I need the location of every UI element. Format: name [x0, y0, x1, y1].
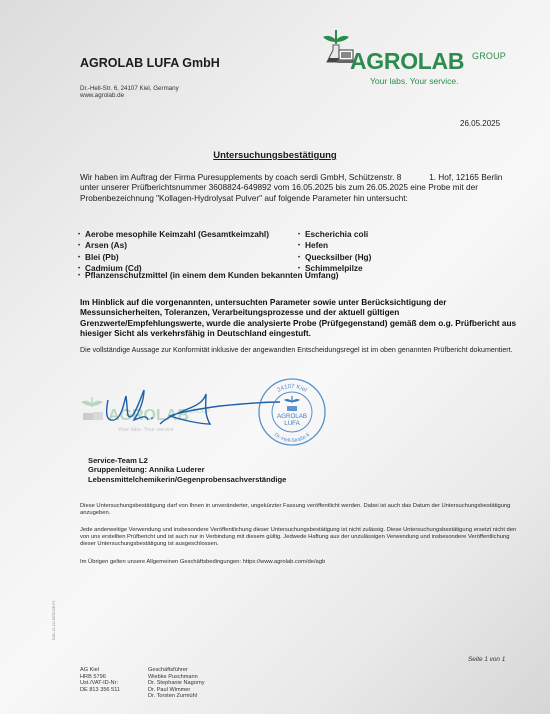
address-line: Dr.-Hell-Str. 6, 24107 Kiel, Germany: [80, 85, 179, 92]
official-stamp: 24107 Kiel Dr.-Hell-Straße 6 AGROLAB LUF…: [256, 376, 328, 448]
document-page: AGROLAB LUFA GmbH Dr.-Hell-Str. 6, 24107…: [0, 0, 550, 714]
footer-management: Geschäftsführer Wiebke Puschmann Dr. Ste…: [148, 667, 205, 700]
parameter-item: Pflanzenschutzmittel (in einem dem Kunde…: [78, 270, 528, 281]
parameter-item: Blei (Pb): [78, 252, 303, 263]
signer-lead: Gruppenleitung: Annika Luderer: [88, 465, 286, 474]
parameter-column-left: Aerobe mesophile Keimzahl (Gesamtkeimzah…: [78, 229, 303, 274]
signature-area: AGROLAB GROUP Your labs. Your service: [80, 380, 380, 450]
parameter-item: Aerobe mesophile Keimzahl (Gesamtkeimzah…: [78, 229, 303, 240]
terms-notice: Im Übrigen gelten unsere Allgemeinen Ges…: [80, 559, 525, 566]
signer-block: Service-Team L2 Gruppenleitung: Annika L…: [88, 456, 286, 484]
website-link[interactable]: www.agrolab.de: [80, 92, 179, 99]
logo-slogan: Your labs. Your service.: [370, 76, 459, 86]
footer-registry: AG Kiel HRB 5796 Ust./VAT-ID-Nr: DE 813 …: [80, 667, 120, 693]
footer-line: Dr. Torsten Zurmühl: [148, 693, 205, 700]
publication-notice: Diese Untersuchungsbestätigung darf von …: [80, 503, 525, 517]
footer-line: Dr. Stephanie Nagorny: [148, 680, 205, 687]
footer-line: Ust./VAT-ID-Nr:: [80, 680, 120, 687]
parameter-column-right: Escherichia coli Hefen Quecksilber (Hg) …: [298, 229, 498, 274]
parameter-item: Hefen: [298, 240, 498, 251]
logo-brand: AGROLAB: [350, 48, 464, 75]
intro-paragraph: Wir haben im Auftrag der Firma Puresuppl…: [80, 172, 520, 203]
usage-restriction-notice: Jede anderweitige Verwendung und insbeso…: [80, 527, 525, 549]
company-address: Dr.-Hell-Str. 6, 24107 Kiel, Germany www…: [80, 85, 179, 99]
parameter-item: Quecksilber (Hg): [298, 252, 498, 263]
parameter-item: Escherichia coli: [298, 229, 498, 240]
company-name: AGROLAB LUFA GmbH: [80, 56, 220, 70]
document-title: Untersuchungsbestätigung: [0, 150, 550, 161]
parameter-row-full: Pflanzenschutzmittel (in einem dem Kunde…: [78, 270, 528, 281]
document-date: 26.05.2025: [460, 119, 500, 128]
conformity-paragraph: Die vollständige Aussage zur Konformität…: [80, 346, 520, 355]
svg-text:AGROLAB: AGROLAB: [277, 413, 307, 420]
svg-text:LUFA: LUFA: [284, 420, 300, 427]
conclusion-paragraph: Im Hinblick auf die vorgenannten, unters…: [80, 297, 520, 339]
document-code: DOC-12-211 M752-DE-P1: [52, 600, 56, 640]
parameter-item: Arsen (As): [78, 240, 303, 251]
agrolab-logo: AGROLAB GROUP Your labs. Your service.: [320, 28, 510, 88]
signer-team: Service-Team L2: [88, 456, 286, 465]
footer-line: DE 813 356 511: [80, 687, 120, 694]
page-number: Seite 1 von 1: [468, 656, 505, 663]
signer-role: Lebensmittelchemikerin/Gegenprobensachve…: [88, 475, 286, 484]
logo-group: GROUP: [472, 51, 506, 61]
